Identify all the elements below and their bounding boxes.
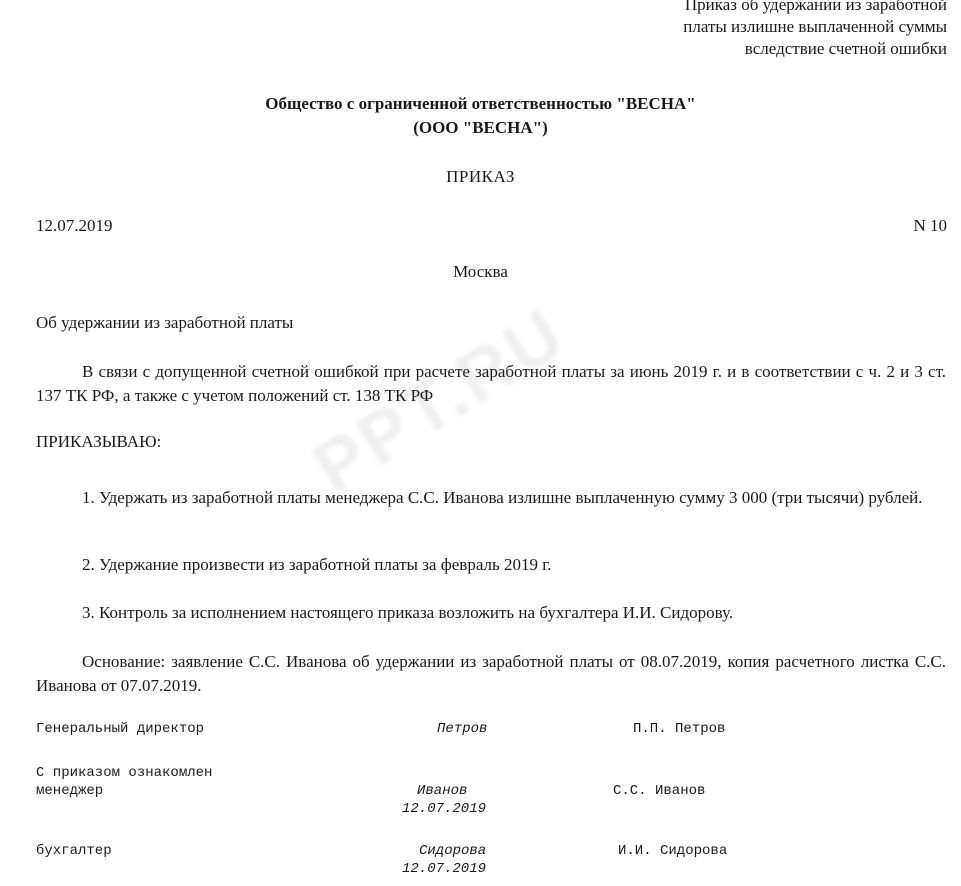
order-subject: Об удержании из заработной платы bbox=[36, 313, 293, 333]
order-item-1: 1. Удержать из заработной платы менеджер… bbox=[36, 486, 946, 510]
manager-signature: Иванов bbox=[417, 783, 467, 799]
document-type-line: платы излишне выплаченной суммы bbox=[683, 16, 947, 38]
order-item-2: 2. Удержание произвести из заработной пл… bbox=[36, 553, 946, 577]
document-type-heading: Приказ об удержании из заработной платы … bbox=[683, 0, 947, 60]
document-type-line: вследствие счетной ошибки bbox=[683, 38, 947, 60]
organization-short-name: (ООО "ВЕСНА") bbox=[0, 116, 961, 140]
order-word: ПРИКАЗЫВАЮ: bbox=[36, 432, 161, 452]
document-type-line: Приказ об удержании из заработной bbox=[683, 0, 947, 16]
director-signature: Петров bbox=[437, 721, 487, 737]
preamble-paragraph: В связи с допущенной счетной ошибкой при… bbox=[36, 360, 946, 408]
basis-paragraph: Основание: заявление С.С. Иванова об уде… bbox=[36, 650, 946, 698]
accountant-signature: Сидорова bbox=[419, 843, 486, 859]
order-item-3: 3. Контроль за исполнением настоящего пр… bbox=[36, 601, 946, 625]
accountant-signature-date: 12.07.2019 bbox=[402, 861, 486, 877]
organization-full-name: Общество с ограниченной ответственностью… bbox=[0, 92, 961, 116]
accountant-name: И.И. Сидорова bbox=[618, 843, 727, 859]
director-position: Генеральный директор bbox=[36, 721, 204, 737]
director-name: П.П. Петров bbox=[633, 721, 725, 737]
manager-position: менеджер bbox=[36, 783, 103, 799]
manager-name: С.С. Иванов bbox=[613, 783, 705, 799]
order-number: N 10 bbox=[913, 216, 947, 236]
order-date: 12.07.2019 bbox=[36, 216, 113, 236]
acknowledged-label: С приказом ознакомлен bbox=[36, 765, 212, 781]
manager-signature-date: 12.07.2019 bbox=[402, 801, 486, 817]
document-title: ПРИКАЗ bbox=[0, 167, 961, 187]
organization-header: Общество с ограниченной ответственностью… bbox=[0, 92, 961, 140]
city: Москва bbox=[0, 262, 961, 282]
accountant-position: бухгалтер bbox=[36, 843, 112, 859]
